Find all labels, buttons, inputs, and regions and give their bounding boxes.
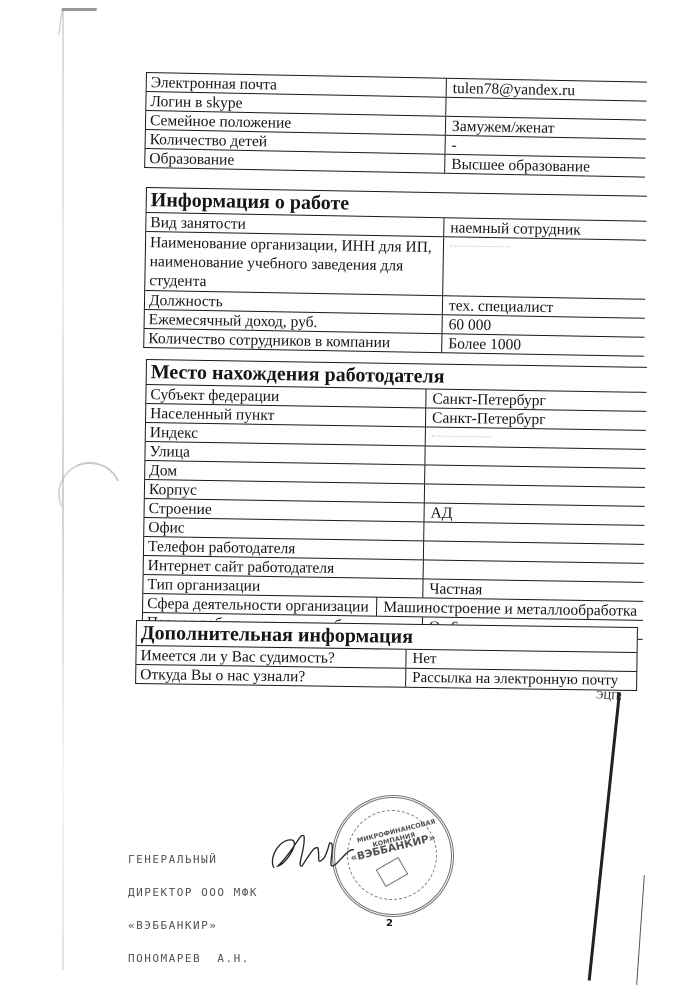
personal-info-table: Электронная почта tulen78@yandex.ru Логи… <box>144 72 647 178</box>
row-value: 60 000 <box>442 315 644 337</box>
row-value <box>424 541 644 562</box>
table-row: Наименование организации, ИНН для ИП, на… <box>145 231 646 299</box>
redaction-mark <box>450 245 510 251</box>
row-value <box>446 98 646 120</box>
row-value: наемный сотрудник <box>444 218 646 240</box>
row-label: Наименование организации, ИНН для ИП, на… <box>145 232 444 295</box>
row-value <box>425 446 645 467</box>
page-fold-line <box>588 692 621 981</box>
company-seal: МИКРОФИНАНСОВАЯ КОМПАНИЯ «ВЭББАНКИР» <box>332 795 454 917</box>
row-label: Сфера деятельности организации <box>143 594 377 616</box>
director-line-1: ГЕНЕРАЛЬНЫЙ <box>128 854 258 865</box>
row-value: Частная <box>423 579 643 600</box>
employer-location-table: Место нахождения работодателя Субъект фе… <box>142 359 647 640</box>
row-value-redacted <box>426 427 646 448</box>
row-value <box>424 560 644 581</box>
row-value-redacted <box>443 237 646 299</box>
row-value <box>425 465 645 486</box>
page-number: 2 <box>386 918 393 929</box>
row-label: Имеется ли у Вас судимость? <box>136 646 406 668</box>
row-value: Рассылка на электронную почту <box>406 669 636 690</box>
row-value: Высшее образование <box>445 155 645 177</box>
row-value <box>425 484 645 505</box>
row-value: Замужем/женат <box>446 117 646 139</box>
scanned-page: Электронная почта tulen78@yandex.ru Логи… <box>0 0 700 989</box>
row-value: тех. специалист <box>443 296 645 318</box>
additional-info-table: Дополнительная информация Имеется ли у В… <box>135 620 638 691</box>
row-value: АД <box>424 503 644 524</box>
row-value: Более 1000 <box>442 334 644 356</box>
row-label: Откуда Вы о нас узнали? <box>136 665 406 687</box>
row-value: tulen78@yandex.ru <box>447 79 647 101</box>
redaction-mark <box>432 435 492 441</box>
row-value: Нет <box>406 650 636 671</box>
director-line-4: ПОНОМАРЕВ А.Н. <box>128 953 258 964</box>
row-label: Количество сотрудников в компании <box>144 329 442 352</box>
row-value <box>424 522 644 543</box>
director-line-3: «ВЭББАНКИР» <box>128 920 258 931</box>
work-info-table: Информация о работе Вид занятости наемны… <box>143 187 647 357</box>
director-line-2: ДИРЕКТОР ООО МФК <box>128 887 258 898</box>
row-value: Санкт-Петербург <box>426 389 646 410</box>
row-value: - <box>445 136 645 158</box>
electronic-signature-label: ЭЦП: <box>596 689 623 702</box>
director-stamp-text: ГЕНЕРАЛЬНЫЙ ДИРЕКТОР ООО МФК «ВЭББАНКИР»… <box>128 832 258 986</box>
page-fold-line-secondary <box>636 875 645 985</box>
row-value: Санкт-Петербург <box>426 408 646 429</box>
staple-mark <box>58 8 97 35</box>
